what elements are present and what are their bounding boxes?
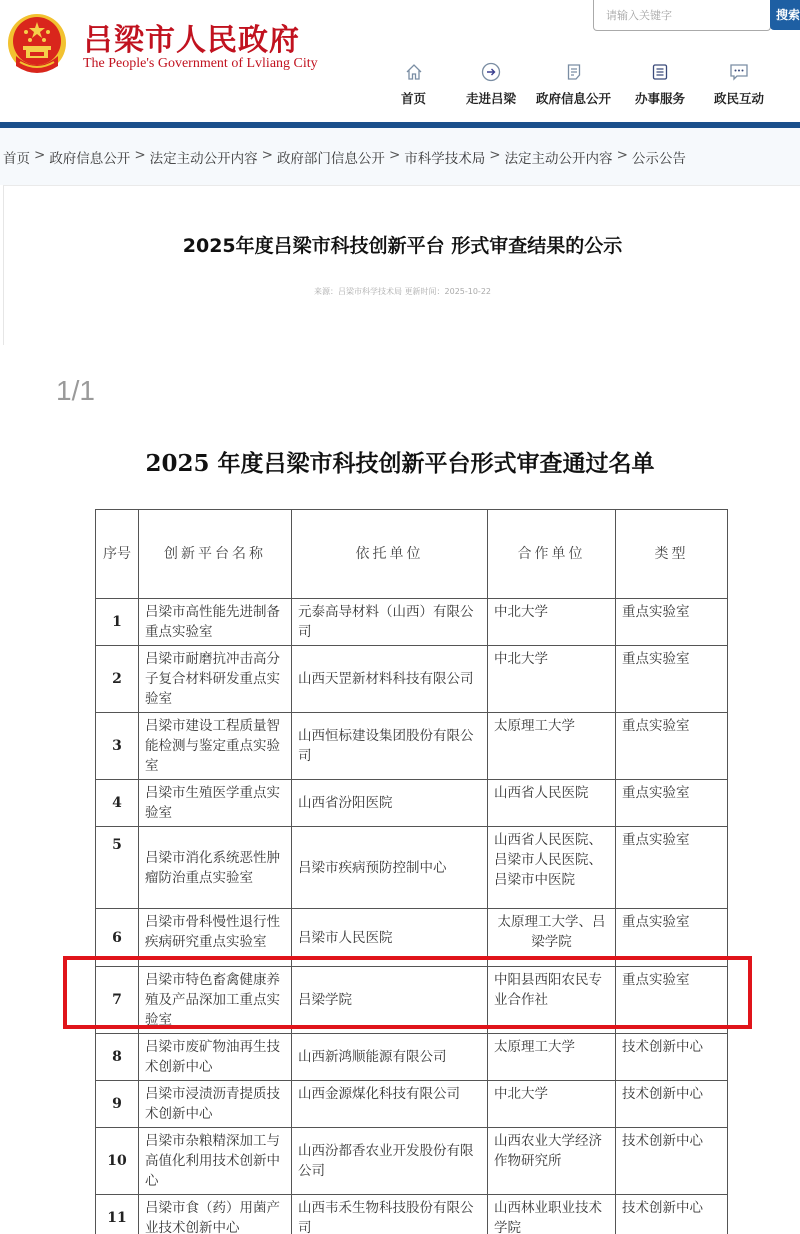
table-row-highlighted: 7 吕梁市特色畜禽健康养殖及产品深加工重点实验室 吕梁学院 中阳县西阳农民专业合… [96,967,728,1034]
cell-seq: 1 [96,599,139,646]
cell-partner: 中北大学 [488,599,616,646]
column-header-name: 创新平台名称 [139,510,292,599]
breadcrumb: 首页 > 政府信息公开 > 法定主动公开内容 > 政府部门信息公开 > 市科学技… [3,147,686,167]
cell-partner: 山西林业职业技术学院 [488,1195,616,1234]
cell-name: 吕梁市浸渍沥青提质技术创新中心 [139,1081,292,1128]
cell-type: 重点实验室 [616,909,728,967]
column-header-type: 类型 [616,510,728,599]
cell-type: 重点实验室 [616,967,728,1034]
cell-host: 山西天罡新材料科技有限公司 [292,646,488,713]
cell-name: 吕梁市消化系统恶性肿瘤防治重点实验室 [139,827,292,909]
cell-seq: 2 [96,646,139,713]
cell-host: 山西省汾阳医院 [292,780,488,827]
cell-name: 吕梁市生殖医学重点实验室 [139,780,292,827]
breadcrumb-item[interactable]: 法定主动公开内容 [505,147,613,167]
cell-name: 吕梁市高性能先进制备重点实验室 [139,599,292,646]
table-row: 4 吕梁市生殖医学重点实验室 山西省汾阳医院 山西省人民医院 重点实验室 [96,780,728,827]
table-row: 8 吕梁市废矿物油再生技术创新中心 山西新鸿顺能源有限公司 太原理工大学 技术创… [96,1034,728,1081]
cell-name: 吕梁市废矿物油再生技术创新中心 [139,1034,292,1081]
nav-item-about[interactable]: 走进吕梁 [466,62,516,107]
nav-label: 首页 [401,89,426,107]
breadcrumb-item[interactable]: 市科学技术局 [404,147,485,167]
document-viewer[interactable]: 1/1 2025 年度吕梁市科技创新平台形式审查通过名单 序号 创新平台名称 依… [0,345,800,1234]
cell-seq: 3 [96,713,139,780]
cell-partner: 中北大学 [488,646,616,713]
nav-label: 政民互动 [714,89,764,107]
breadcrumb-item[interactable]: 政府部门信息公开 [277,147,385,167]
breadcrumb-item[interactable]: 首页 [3,147,30,167]
breadcrumb-item[interactable]: 政府信息公开 [49,147,130,167]
document-icon [564,62,584,82]
cell-name: 吕梁市食（药）用菌产业技术创新中心 [139,1195,292,1234]
breadcrumb-item-current[interactable]: 公示公告 [632,147,686,167]
column-header-partner: 合作单位 [488,510,616,599]
nav-item-interaction[interactable]: 政民互动 [714,62,764,107]
nav-label: 走进吕梁 [466,89,516,107]
table-header-row: 序号 创新平台名称 依托单位 合作单位 类型 [96,510,728,599]
column-header-host: 依托单位 [292,510,488,599]
site-title-cn[interactable]: 吕梁市人民政府 [83,15,300,59]
cell-partner: 山西省人民医院、吕梁市人民医院、吕梁市中医院 [488,827,616,909]
breadcrumb-separator: > [489,147,500,167]
cell-name: 吕梁市杂粮精深加工与高值化利用技术创新中心 [139,1128,292,1195]
cell-seq: 8 [96,1034,139,1081]
search-button[interactable]: 搜索 [770,0,800,30]
page-indicator: 1/1 [56,375,95,407]
table-row: 11 吕梁市食（药）用菌产业技术创新中心 山西韦禾生物科技股份有限公司 山西林业… [96,1195,728,1234]
cell-seq: 7 [96,967,139,1034]
cell-name: 吕梁市建设工程质量智能检测与鉴定重点实验室 [139,713,292,780]
cell-seq: 11 [96,1195,139,1234]
nav-label: 政府信息公开 [536,89,611,107]
column-header-seq: 序号 [96,510,139,599]
table-row: 1 吕梁市高性能先进制备重点实验室 元泰高导材料（山西）有限公司 中北大学 重点… [96,599,728,646]
cell-host: 元泰高导材料（山西）有限公司 [292,599,488,646]
breadcrumb-bar: 首页 > 政府信息公开 > 法定主动公开内容 > 政府部门信息公开 > 市科学技… [0,128,800,185]
cell-type: 重点实验室 [616,713,728,780]
table-row: 9 吕梁市浸渍沥青提质技术创新中心 山西金源煤化科技有限公司 中北大学 技术创新… [96,1081,728,1128]
nav-item-home[interactable]: 首页 [401,62,426,107]
cell-name: 吕梁市骨科慢性退行性疾病研究重点实验室 [139,909,292,967]
table-row: 10 吕梁市杂粮精深加工与高值化利用技术创新中心 山西汾都香农业开发股份有限公司… [96,1128,728,1195]
cell-type: 技术创新中心 [616,1128,728,1195]
cell-type: 技术创新中心 [616,1081,728,1128]
cell-seq: 5 [96,827,139,909]
list-icon [650,62,670,82]
article-meta: 来源：吕梁市科学技术局 更新时间：2025-10-22 [4,286,800,297]
table-row: 5 吕梁市消化系统恶性肿瘤防治重点实验室 吕梁市疾病预防控制中心 山西省人民医院… [96,827,728,909]
cell-seq: 6 [96,909,139,967]
chat-icon [729,62,749,82]
cell-partner: 太原理工大学、吕梁学院 [488,909,616,967]
cell-partner: 山西省人民医院 [488,780,616,827]
site-header: 吕梁市人民政府 The People's Government of Lvlia… [0,0,800,120]
cell-type: 重点实验室 [616,780,728,827]
breadcrumb-separator: > [389,147,400,167]
cell-partner: 中北大学 [488,1081,616,1128]
table-row: 3 吕梁市建设工程质量智能检测与鉴定重点实验室 山西恒标建设集团股份有限公司 太… [96,713,728,780]
site-title-en: The People's Government of Lvliang City [83,56,318,72]
cell-type: 重点实验室 [616,646,728,713]
breadcrumb-separator: > [34,147,45,167]
approved-list-table: 序号 创新平台名称 依托单位 合作单位 类型 1 吕梁市高性能先进制备重点实验室… [95,509,728,1234]
cell-type: 技术创新中心 [616,1195,728,1234]
search-input[interactable] [594,0,770,30]
cell-host: 山西新鸿顺能源有限公司 [292,1034,488,1081]
cell-type: 技术创新中心 [616,1034,728,1081]
cell-partner: 中阳县西阳农民专业合作社 [488,967,616,1034]
breadcrumb-separator: > [134,147,145,167]
nav-item-services[interactable]: 办事服务 [635,62,685,107]
cell-seq: 9 [96,1081,139,1128]
cell-partner: 太原理工大学 [488,713,616,780]
national-emblem-icon[interactable] [6,12,68,76]
cell-host: 山西恒标建设集团股份有限公司 [292,713,488,780]
nav-item-gov-info[interactable]: 政府信息公开 [536,62,611,107]
cell-partner: 山西农业大学经济作物研究所 [488,1128,616,1195]
cell-host: 吕梁市疾病预防控制中心 [292,827,488,909]
cell-host: 吕梁市人民医院 [292,909,488,967]
cell-host: 山西汾都香农业开发股份有限公司 [292,1128,488,1195]
table-row: 6 吕梁市骨科慢性退行性疾病研究重点实验室 吕梁市人民医院 太原理工大学、吕梁学… [96,909,728,967]
cell-type: 重点实验室 [616,827,728,909]
cell-host: 山西金源煤化科技有限公司 [292,1081,488,1128]
breadcrumb-item[interactable]: 法定主动公开内容 [150,147,258,167]
cell-seq: 4 [96,780,139,827]
nav-label: 办事服务 [635,89,685,107]
document-title: 2025 年度吕梁市科技创新平台形式审查通过名单 [0,445,800,478]
cell-name: 吕梁市耐磨抗冲击高分子复合材料研发重点实验室 [139,646,292,713]
cell-partner: 太原理工大学 [488,1034,616,1081]
cell-seq: 10 [96,1128,139,1195]
search-box [593,0,771,31]
cell-type: 重点实验室 [616,599,728,646]
breadcrumb-separator: > [617,147,628,167]
article-header: 2025年度吕梁市科技创新平台 形式审查结果的公示 来源：吕梁市科学技术局 更新… [3,185,800,345]
cell-host: 山西韦禾生物科技股份有限公司 [292,1195,488,1234]
breadcrumb-separator: > [262,147,273,167]
cell-host: 吕梁学院 [292,967,488,1034]
home-icon [404,62,424,82]
cell-name: 吕梁市特色畜禽健康养殖及产品深加工重点实验室 [139,967,292,1034]
article-title: 2025年度吕梁市科技创新平台 形式审查结果的公示 [4,231,800,258]
table-row: 2 吕梁市耐磨抗冲击高分子复合材料研发重点实验室 山西天罡新材料科技有限公司 中… [96,646,728,713]
arrow-circle-icon [481,62,501,82]
